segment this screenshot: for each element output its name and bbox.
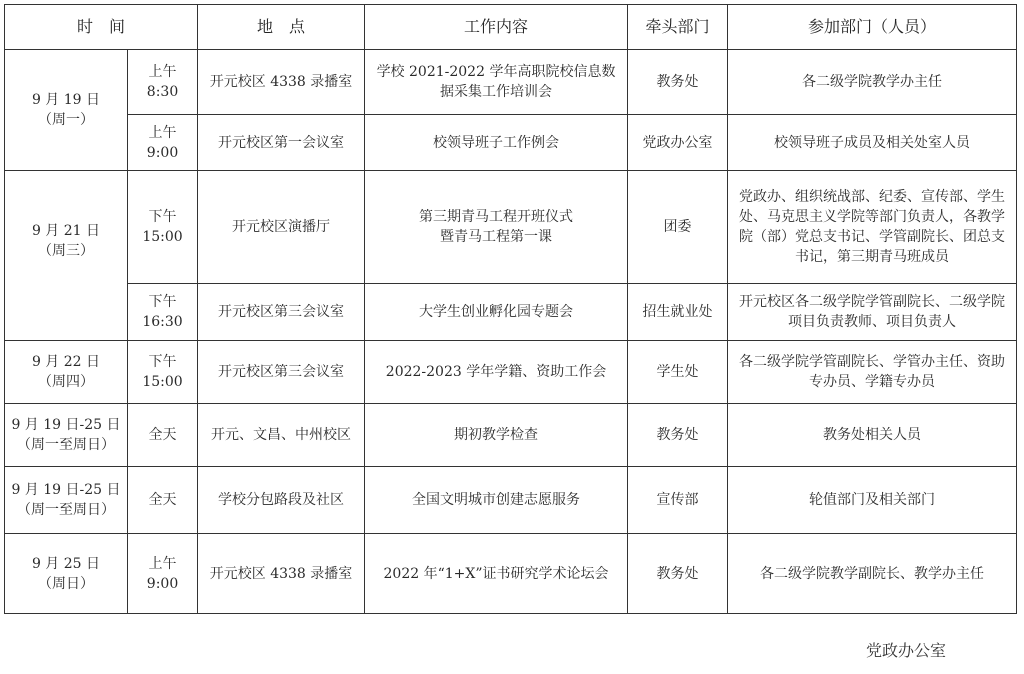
date-cell: 9 月 21 日 （周三）: [5, 171, 128, 341]
date-text: 9 月 22 日 （周四）: [32, 354, 100, 390]
time-cell: 全天: [128, 404, 198, 467]
time-cell: 上午 9:00: [128, 115, 198, 171]
time-cell: 全天: [128, 467, 198, 534]
table-row: 9 月 21 日 （周三） 下午 15:00 开元校区演播厅 第三期青马工程开班…: [5, 171, 1017, 284]
date-cell: 9 月 19 日-25 日（周一至周日）: [5, 404, 128, 467]
content-cell: 大学生创业孵化园专题会: [365, 284, 628, 341]
time-text: 上午 9:00: [147, 125, 178, 161]
participants-cell: 轮值部门及相关部门: [728, 467, 1017, 534]
content-cell: 第三期青马工程开班仪式 暨青马工程第一课: [365, 171, 628, 284]
table-row: 9 月 22 日 （周四） 下午 15:00 开元校区第三会议室 2022-20…: [5, 341, 1017, 404]
content-cell: 2022-2023 学年学籍、资助工作会: [365, 341, 628, 404]
participants-cell: 党政办、组织统战部、纪委、宣传部、学生处、马克思主义学院等部门负责人，各教学院（…: [728, 171, 1017, 284]
time-cell: 下午 16:30: [128, 284, 198, 341]
participants-cell: 各二级学院学管副院长、学管办主任、资助专办员、学籍专办员: [728, 341, 1017, 404]
table-row: 9 月 25 日 （周日） 上午 9:00 开元校区 4338 录播室 2022…: [5, 534, 1017, 614]
place-cell: 开元校区第一会议室: [198, 115, 365, 171]
time-text: 下午 15:00: [142, 354, 182, 390]
lead-cell: 招生就业处: [628, 284, 728, 341]
header-time: 时 间: [5, 5, 198, 50]
place-cell: 开元校区第三会议室: [198, 284, 365, 341]
time-text: 上午 8:30: [147, 64, 178, 100]
time-cell: 上午 8:30: [128, 50, 198, 115]
header-content: 工作内容: [365, 5, 628, 50]
content-cell: 2022 年“1+X”证书研究学术论坛会: [365, 534, 628, 614]
place-cell: 开元校区演播厅: [198, 171, 365, 284]
date-cell: 9 月 22 日 （周四）: [5, 341, 128, 404]
content-cell: 校领导班子工作例会: [365, 115, 628, 171]
lead-cell: 教务处: [628, 534, 728, 614]
lead-cell: 宣传部: [628, 467, 728, 534]
participants-cell: 开元校区各二级学院学管副院长、二级学院项目负责教师、项目负责人: [728, 284, 1017, 341]
table-row: 上午 9:00 开元校区第一会议室 校领导班子工作例会 党政办公室 校领导班子成…: [5, 115, 1017, 171]
footer-signature: 党政办公室: [866, 638, 946, 661]
lead-cell: 团委: [628, 171, 728, 284]
date-text: 9 月 19 日 （周一）: [32, 92, 100, 128]
lead-cell: 党政办公室: [628, 115, 728, 171]
date-cell: 9 月 19 日 （周一）: [5, 50, 128, 171]
place-cell: 学校分包路段及社区: [198, 467, 365, 534]
place-cell: 开元校区 4338 录播室: [198, 50, 365, 115]
table-row: 9 月 19 日 （周一） 上午 8:30 开元校区 4338 录播室 学校 2…: [5, 50, 1017, 115]
place-cell: 开元校区 4338 录播室: [198, 534, 365, 614]
date-text: 9 月 21 日 （周三）: [32, 223, 100, 259]
place-cell: 开元、文昌、中州校区: [198, 404, 365, 467]
content-cell: 期初教学检查: [365, 404, 628, 467]
header-participants: 参加部门（人员）: [728, 5, 1017, 50]
time-text: 下午 16:30: [142, 294, 182, 330]
participants-cell: 各二级学院教学副院长、教学办主任: [728, 534, 1017, 614]
time-cell: 下午 15:00: [128, 171, 198, 284]
time-cell: 下午 15:00: [128, 341, 198, 404]
content-cell: 学校 2021-2022 学年高职院校信息数据采集工作培训会: [365, 50, 628, 115]
participants-cell: 各二级学院教学办主任: [728, 50, 1017, 115]
header-lead-dept: 牵头部门: [628, 5, 728, 50]
participants-cell: 校领导班子成员及相关处室人员: [728, 115, 1017, 171]
date-cell: 9 月 19 日-25 日（周一至周日）: [5, 467, 128, 534]
schedule-table: 时 间 地 点 工作内容 牵头部门 参加部门（人员） 9 月 19 日 （周一）…: [4, 4, 1017, 614]
place-cell: 开元校区第三会议室: [198, 341, 365, 404]
time-cell: 上午 9:00: [128, 534, 198, 614]
participants-cell: 教务处相关人员: [728, 404, 1017, 467]
header-row: 时 间 地 点 工作内容 牵头部门 参加部门（人员）: [5, 5, 1017, 50]
header-place: 地 点: [198, 5, 365, 50]
lead-cell: 教务处: [628, 404, 728, 467]
content-cell: 全国文明城市创建志愿服务: [365, 467, 628, 534]
date-cell: 9 月 25 日 （周日）: [5, 534, 128, 614]
date-text: 9 月 25 日 （周日）: [32, 556, 100, 592]
content-text: 第三期青马工程开班仪式 暨青马工程第一课: [419, 209, 573, 245]
lead-cell: 学生处: [628, 341, 728, 404]
table-row: 下午 16:30 开元校区第三会议室 大学生创业孵化园专题会 招生就业处 开元校…: [5, 284, 1017, 341]
time-text: 下午 15:00: [142, 209, 182, 245]
table-row: 9 月 19 日-25 日（周一至周日） 全天 学校分包路段及社区 全国文明城市…: [5, 467, 1017, 534]
lead-cell: 教务处: [628, 50, 728, 115]
table-row: 9 月 19 日-25 日（周一至周日） 全天 开元、文昌、中州校区 期初教学检…: [5, 404, 1017, 467]
time-text: 上午 9:00: [147, 556, 178, 592]
